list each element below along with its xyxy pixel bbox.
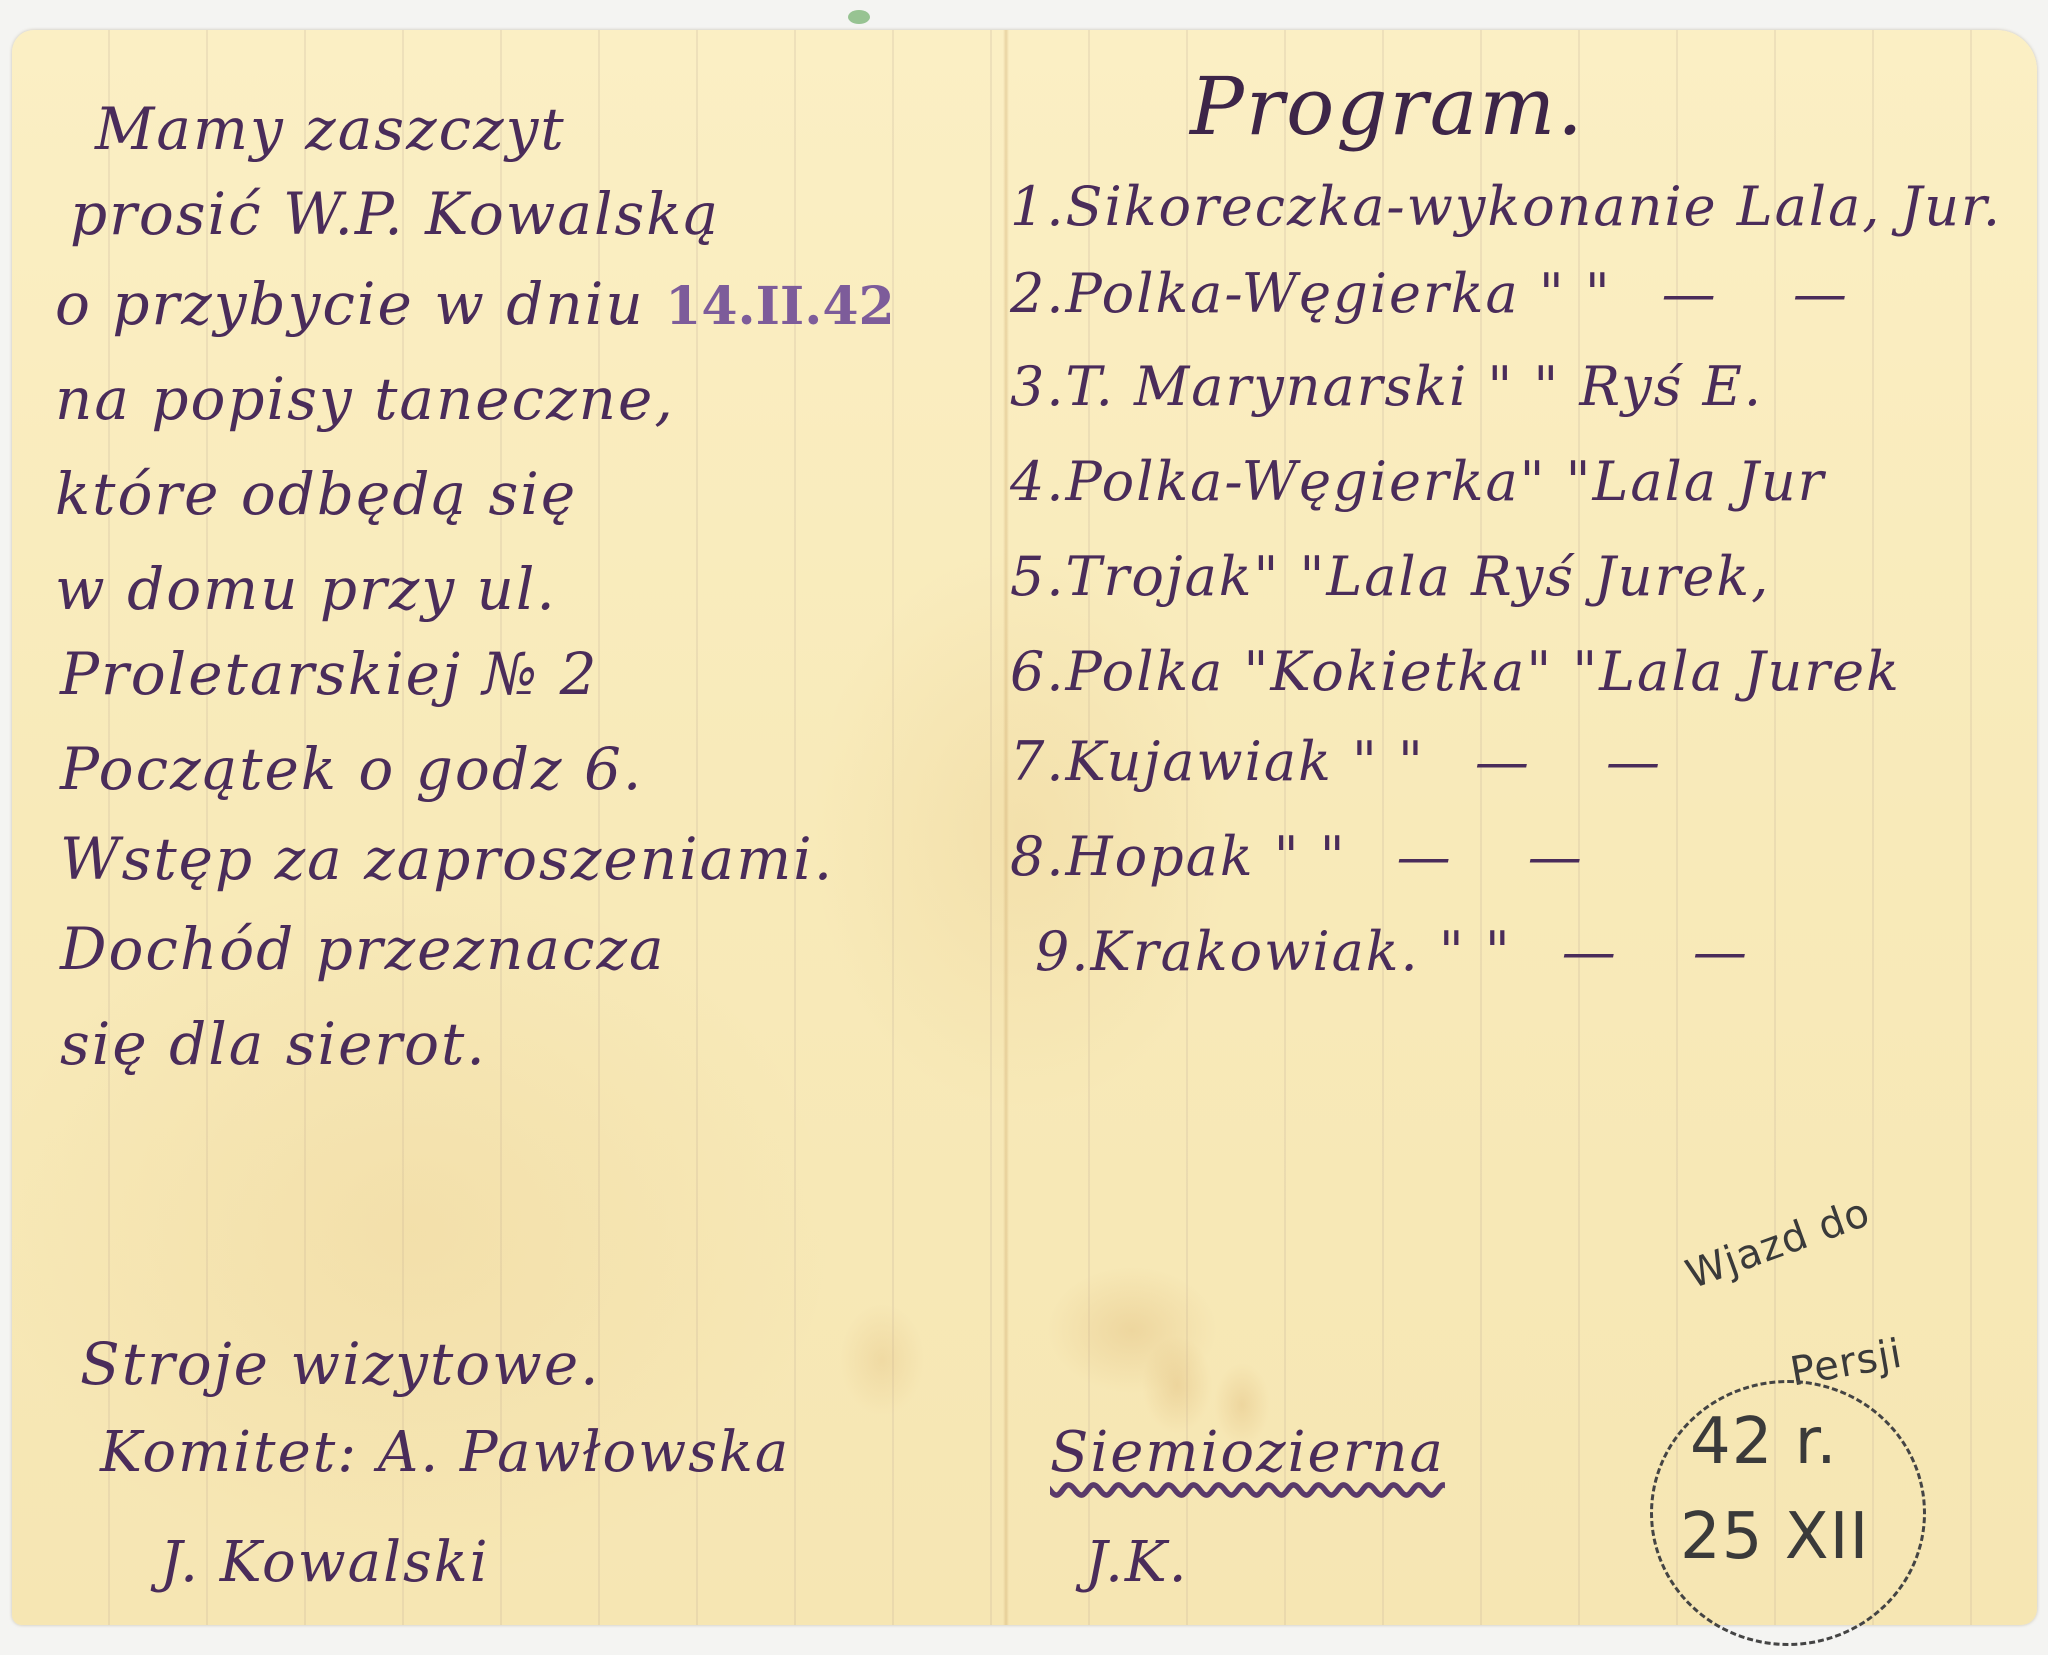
invitation-line: się dla sierot. bbox=[60, 1010, 487, 1078]
program-item-number: 8. bbox=[1010, 825, 1066, 888]
program-item-number: 6. bbox=[1010, 640, 1066, 703]
invitation-line: Mamy zaszczyt bbox=[95, 95, 566, 163]
program-item-text: Krakowiak. " " bbox=[1091, 920, 1512, 983]
program-item: 4.Polka-Węgierka" "Lala Jur bbox=[1010, 450, 1825, 513]
annotation-date: 25 XII bbox=[1680, 1500, 1869, 1574]
program-item: 5.Trojak" "Lala Ryś Jurek, bbox=[1010, 545, 1770, 608]
program-item-text: Sikoreczka-wykonanie Lala, Jur. bbox=[1066, 175, 2003, 238]
invitation-line: Proletarskiej № 2 bbox=[60, 640, 599, 708]
ditto-dash: — — bbox=[1397, 825, 1612, 888]
program-item-number: 9. bbox=[1035, 920, 1091, 983]
program-item-text: T. Marynarski " " Ryś E. bbox=[1066, 355, 1764, 418]
program-item-text: Polka "Kokietka" "Lala Jurek bbox=[1066, 640, 1901, 703]
ditto-dash: — — bbox=[1475, 730, 1690, 793]
program-item-text: Hopak " " bbox=[1066, 825, 1347, 888]
program-item-number: 5. bbox=[1010, 545, 1066, 608]
ditto-dash: — — bbox=[1662, 262, 1877, 325]
program-item-number: 3. bbox=[1010, 355, 1066, 418]
committee-signature: Komitet: A. Pawłowska bbox=[100, 1420, 790, 1485]
committee-signature: J. Kowalski bbox=[160, 1530, 490, 1595]
program-item: 9.Krakowiak. " "— — bbox=[1035, 920, 1777, 983]
program-item: 8.Hopak " "— — bbox=[1010, 825, 1612, 888]
ink-smudge bbox=[848, 10, 870, 24]
initials: J.K. bbox=[1085, 1530, 1189, 1595]
invitation-line: w domu przy ul. bbox=[55, 555, 557, 623]
program-item-number: 2. bbox=[1010, 262, 1066, 325]
program-item: 3.T. Marynarski " " Ryś E. bbox=[1010, 355, 1763, 418]
invitation-line: prosić W.P. Kowalską bbox=[70, 180, 720, 248]
invitation-line: Początek o godz 6. bbox=[60, 735, 643, 803]
invitation-line: na popisy taneczne, bbox=[55, 365, 675, 433]
invitation-line: które odbędą się bbox=[55, 460, 577, 528]
program-item: 6.Polka "Kokietka" "Lala Jurek bbox=[1010, 640, 1901, 703]
program-item-text: Polka-Węgierka" "Lala Jur bbox=[1066, 450, 1826, 513]
invitation-line: Wstęp za zaproszeniami. bbox=[60, 825, 834, 893]
program-item: 7.Kujawiak " "— — bbox=[1010, 730, 1690, 793]
annotation-year: 42 r. bbox=[1690, 1405, 1838, 1479]
event-date: 14.II.42 bbox=[665, 276, 895, 337]
program-item-number: 4. bbox=[1010, 450, 1066, 513]
program-item-text: Kujawiak " " bbox=[1066, 730, 1425, 793]
invitation-line: Dochód przeznacza bbox=[60, 915, 666, 983]
program-item-text: Polka-Węgierka " " bbox=[1066, 262, 1612, 325]
program-item-number: 1. bbox=[1010, 175, 1066, 238]
invitation-line: o przybycie w dniu 14.II.42 bbox=[55, 270, 895, 338]
place-name: Siemiozierna bbox=[1050, 1420, 1445, 1485]
ditto-dash: — — bbox=[1562, 920, 1777, 983]
program-item: 1.Sikoreczka-wykonanie Lala, Jur. bbox=[1010, 175, 2002, 238]
program-title: Program. bbox=[1190, 60, 1585, 153]
paper-fold bbox=[1003, 30, 1009, 1625]
invitation-line-text: o przybycie w dniu bbox=[55, 270, 645, 338]
program-item: 2.Polka-Węgierka " "— — bbox=[1010, 262, 1877, 325]
dress-code: Stroje wizytowe. bbox=[80, 1330, 601, 1398]
program-item-number: 7. bbox=[1010, 730, 1066, 793]
program-item-text: Trojak" "Lala Ryś Jurek, bbox=[1066, 545, 1771, 608]
